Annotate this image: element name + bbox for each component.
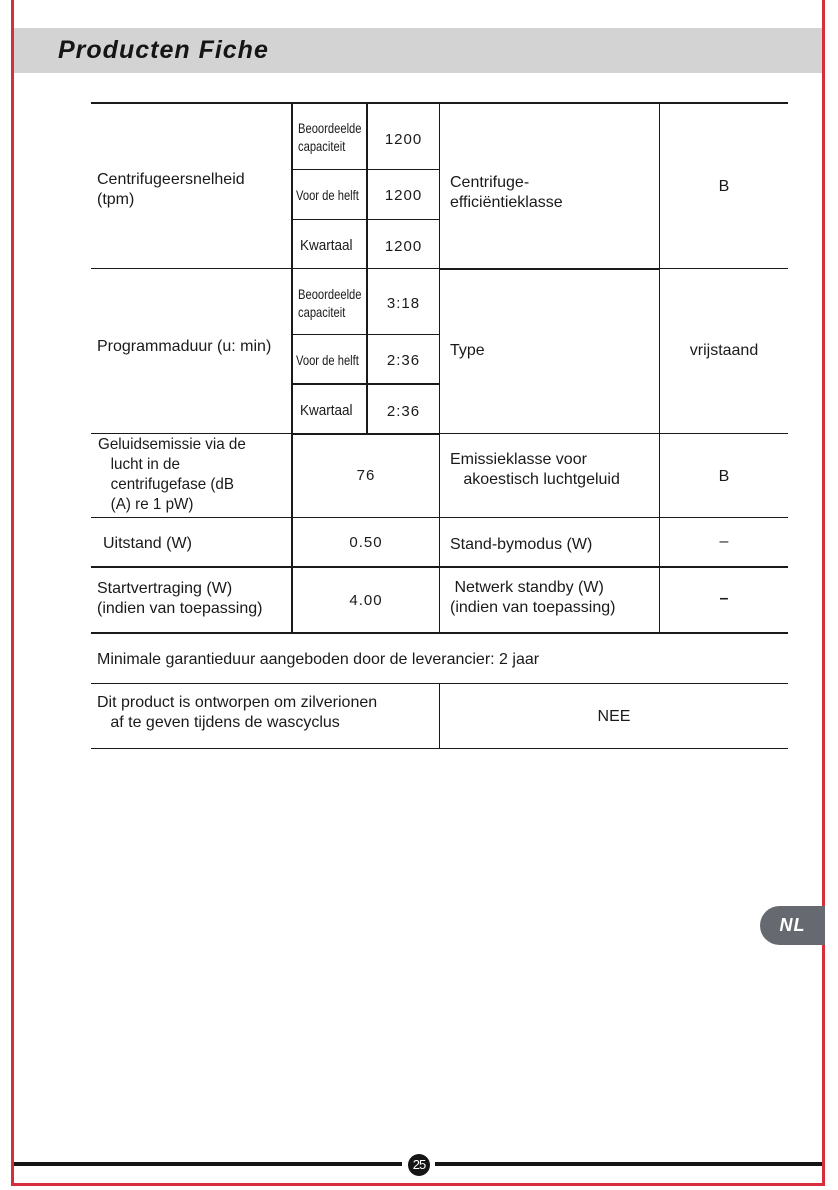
spin-rated-value: 1200 <box>368 131 439 148</box>
delay-start-value: 4.00 <box>293 592 439 609</box>
language-tab-nl: NL <box>760 906 825 945</box>
type-value: vrijstaand <box>660 341 788 361</box>
duration-quarter-value: 2:36 <box>368 403 439 420</box>
page-title: Producten Fiche <box>58 36 269 65</box>
noise-class-value: B <box>660 467 788 487</box>
spin-speed-label: Centrifugeersnelheid (tpm) <box>97 170 245 210</box>
spin-class-label: Centrifuge- efficiëntieklasse <box>450 173 563 213</box>
spin-half-value: 1200 <box>368 187 439 204</box>
noise-class-label: Emissieklasse voor akoestisch luchtgelui… <box>450 450 620 490</box>
off-mode-value: 0.50 <box>293 534 439 551</box>
delay-start-label: Startvertraging (W) (indien van toepassi… <box>97 579 262 619</box>
page-number: 25 <box>408 1154 430 1176</box>
spin-class-value: B <box>660 177 788 197</box>
noise-value: 76 <box>293 467 439 484</box>
warranty-text: Minimale garantieduur aangeboden door de… <box>97 650 539 670</box>
duration-half-label: Voor de helft <box>296 351 368 369</box>
duration-label: Programmaduur (u: min) <box>97 337 271 357</box>
silver-ions-value: NEE <box>440 707 788 727</box>
silver-ions-label: Dit product is ontworpen om zilverionen … <box>97 693 377 733</box>
noise-label: Geluidsemissie via de lucht in de centri… <box>98 435 246 515</box>
network-standby-label: Netwerk standby (W) (indien van toepassi… <box>450 578 615 618</box>
spin-rated-label: Beoordeelde capaciteit <box>298 119 366 155</box>
off-mode-label: Uitstand (W) <box>103 534 192 554</box>
duration-rated-label: Beoordeelde capaciteit <box>298 285 366 321</box>
type-label: Type <box>450 341 485 361</box>
spin-half-label: Voor de helft <box>296 186 368 204</box>
spin-quarter-label: Kwartaal <box>300 236 353 256</box>
footer-line-left <box>14 1162 402 1166</box>
network-standby-value: – <box>660 589 788 609</box>
standby-label: Stand-bymodus (W) <box>450 535 592 555</box>
duration-quarter-label: Kwartaal <box>300 401 353 421</box>
duration-rated-value: 3:18 <box>368 295 439 312</box>
standby-value: – <box>660 532 788 552</box>
spin-quarter-value: 1200 <box>368 238 439 255</box>
footer-line-right <box>435 1162 822 1166</box>
duration-half-value: 2:36 <box>368 352 439 369</box>
